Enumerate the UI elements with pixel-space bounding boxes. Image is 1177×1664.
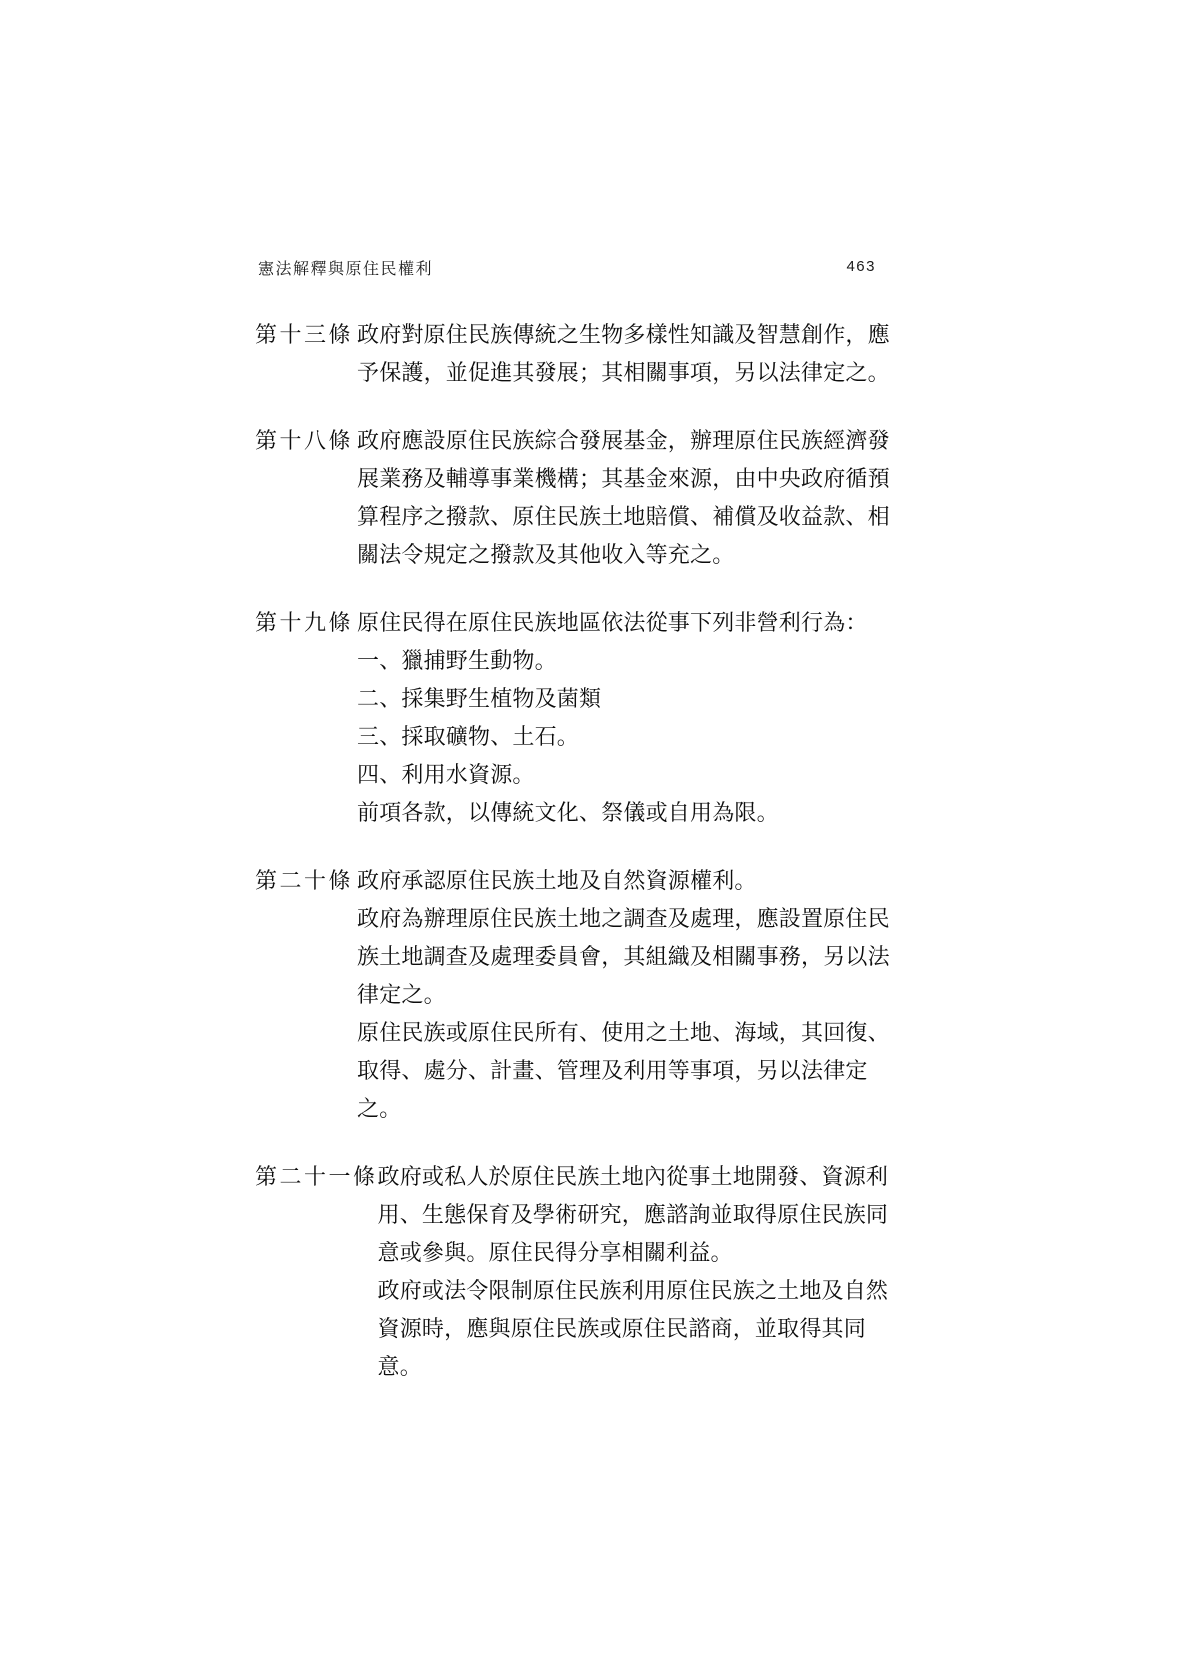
text-line: 政府或法令限制原住民族利用原住民族之土地及自然	[378, 1272, 889, 1310]
text-line: 資源時，應與原住民族或原住民諮商，並取得其同	[378, 1310, 889, 1348]
running-title: 憲法解釋與原住民權利	[258, 256, 433, 279]
text-line: 關法令規定之撥款及其他收入等充之。	[357, 536, 890, 574]
article-number-label: 第二十條	[255, 862, 357, 900]
text-line: 原住民得在原住民族地區依法從事下列非營利行為：	[357, 604, 885, 642]
article-text: 政府應設原住民族綜合發展基金，辦理原住民族經濟發展業務及輔導事業機構；其基金來源…	[357, 422, 890, 574]
text-line: 取得、處分、計畫、管理及利用等事項，另以法律定	[357, 1052, 890, 1090]
text-line: 政府承認原住民族土地及自然資源權利。	[357, 862, 890, 900]
article-4: 第二十條政府承認原住民族土地及自然資源權利。政府為辦理原住民族土地之調查及處理，…	[255, 862, 885, 1128]
page-header: 憲法解釋與原住民權利 463	[258, 256, 876, 279]
text-line: 意。	[378, 1348, 889, 1386]
text-line: 意或參與。原住民得分享相關利益。	[378, 1234, 889, 1272]
text-line: 予保護，並促進其發展；其相關事項，另以法律定之。	[357, 354, 890, 392]
article-number-label: 第二十一條	[255, 1158, 378, 1196]
text-line: 四、利用水資源。	[357, 756, 885, 794]
article-number-label: 第十三條	[255, 316, 357, 354]
article-text: 原住民得在原住民族地區依法從事下列非營利行為：一、獵捕野生動物。二、採集野生植物…	[357, 604, 885, 832]
text-line: 政府為辦理原住民族土地之調查及處理，應設置原住民	[357, 900, 890, 938]
text-line: 前項各款，以傳統文化、祭儀或自用為限。	[357, 794, 885, 832]
article-2: 第十八條政府應設原住民族綜合發展基金，辦理原住民族經濟發展業務及輔導事業機構；其…	[255, 422, 885, 574]
text-line: 族土地調查及處理委員會，其組織及相關事務，另以法	[357, 938, 890, 976]
article-text: 政府承認原住民族土地及自然資源權利。政府為辦理原住民族土地之調查及處理，應設置原…	[357, 862, 890, 1128]
article-5: 第二十一條政府或私人於原住民族土地內從事土地開發、資源利用、生態保育及學術研究，…	[255, 1158, 885, 1386]
text-line: 政府或私人於原住民族土地內從事土地開發、資源利	[378, 1158, 889, 1196]
document-page: 憲法解釋與原住民權利 463 第十三條政府對原住民族傳統之生物多樣性知識及智慧創…	[0, 0, 1177, 1664]
text-line: 三、採取礦物、土石。	[357, 718, 885, 756]
text-line: 政府應設原住民族綜合發展基金，辦理原住民族經濟發	[357, 422, 890, 460]
article-text: 政府對原住民族傳統之生物多樣性知識及智慧創作，應予保護，並促進其發展；其相關事項…	[357, 316, 890, 392]
text-line: 一、獵捕野生動物。	[357, 642, 885, 680]
text-line: 二、採集野生植物及菌類	[357, 680, 885, 718]
article-number-label: 第十八條	[255, 422, 357, 460]
article-3: 第十九條原住民得在原住民族地區依法從事下列非營利行為：一、獵捕野生動物。二、採集…	[255, 604, 885, 832]
text-line: 用、生態保育及學術研究，應諮詢並取得原住民族同	[378, 1196, 889, 1234]
articles-container: 第十三條政府對原住民族傳統之生物多樣性知識及智慧創作，應予保護，並促進其發展；其…	[255, 316, 885, 1416]
article-1: 第十三條政府對原住民族傳統之生物多樣性知識及智慧創作，應予保護，並促進其發展；其…	[255, 316, 885, 392]
page-number: 463	[846, 256, 876, 275]
article-text: 政府或私人於原住民族土地內從事土地開發、資源利用、生態保育及學術研究，應諮詢並取…	[378, 1158, 889, 1386]
text-line: 律定之。	[357, 976, 890, 1014]
text-line: 之。	[357, 1090, 890, 1128]
text-line: 展業務及輔導事業機構；其基金來源，由中央政府循預	[357, 460, 890, 498]
text-line: 政府對原住民族傳統之生物多樣性知識及智慧創作，應	[357, 316, 890, 354]
text-line: 算程序之撥款、原住民族土地賠償、補償及收益款、相	[357, 498, 890, 536]
text-line: 原住民族或原住民所有、使用之土地、海域，其回復、	[357, 1014, 890, 1052]
article-number-label: 第十九條	[255, 604, 357, 642]
